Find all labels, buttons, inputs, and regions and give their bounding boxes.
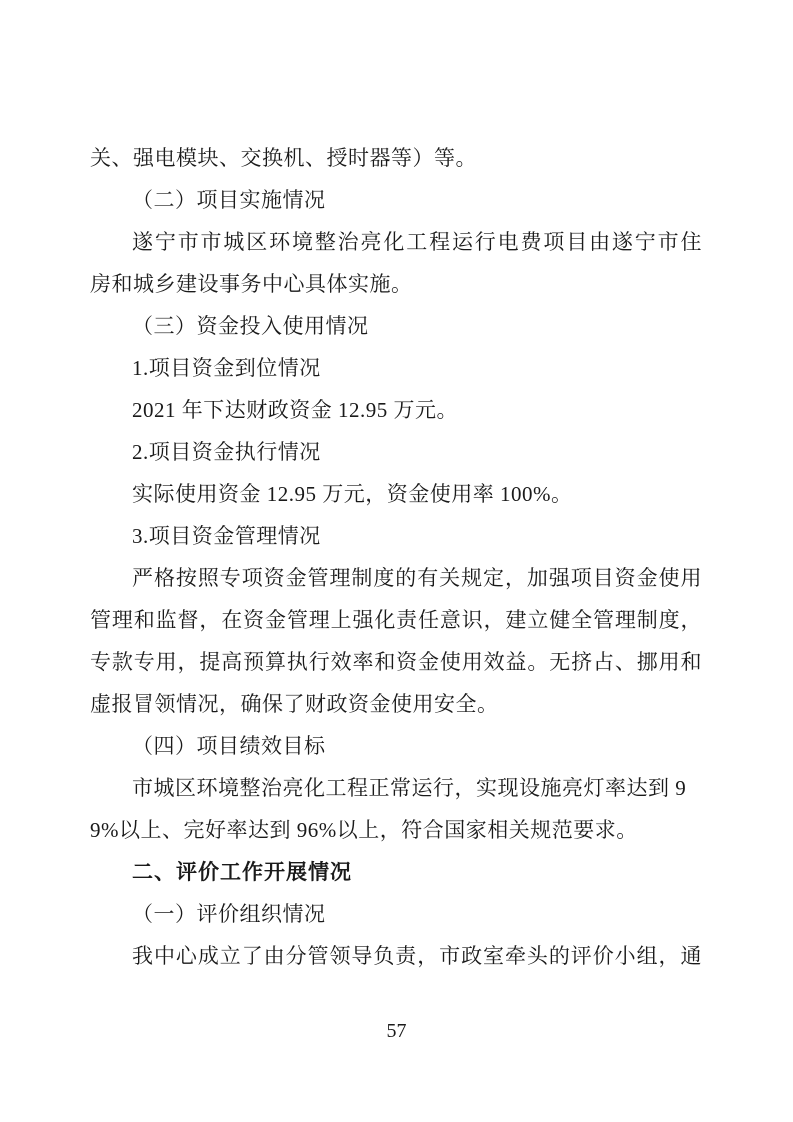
text-line: 实际使用资金 12.95 万元，资金使用率 100%。 (90, 473, 702, 515)
text-line: 专款专用，提高预算执行效率和资金使用效益。无挤占、挪用和 (90, 641, 702, 683)
text-line: 2.项目资金执行情况 (90, 431, 702, 473)
text-line: 关、强电模块、交换机、授时器等）等。 (90, 137, 702, 179)
text-line: 9%以上、完好率达到 96%以上，符合国家相关规范要求。 (90, 809, 702, 851)
text-line: 我中心成立了由分管领导负责，市政室牵头的评价小组，通 (90, 935, 702, 977)
text-line: 房和城乡建设事务中心具体实施。 (90, 263, 702, 305)
text-line: 虚报冒领情况，确保了财政资金使用安全。 (90, 683, 702, 725)
text-line: 二、评价工作开展情况 (90, 851, 702, 893)
document-body: 关、强电模块、交换机、授时器等）等。（二）项目实施情况遂宁市市城区环境整治亮化工… (90, 137, 702, 977)
text-line: 管理和监督，在资金管理上强化责任意识，建立健全管理制度， (90, 599, 702, 641)
text-line: 严格按照专项资金管理制度的有关规定，加强项目资金使用 (90, 557, 702, 599)
text-line: 3.项目资金管理情况 (90, 515, 702, 557)
text-line: （三）资金投入使用情况 (90, 305, 702, 347)
page-number: 57 (0, 1016, 793, 1046)
text-line: （一）评价组织情况 (90, 893, 702, 935)
text-line: （四）项目绩效目标 (90, 725, 702, 767)
text-line: 市城区环境整治亮化工程正常运行，实现设施亮灯率达到 9 (90, 767, 702, 809)
text-line: （二）项目实施情况 (90, 179, 702, 221)
text-line: 遂宁市市城区环境整治亮化工程运行电费项目由遂宁市住 (90, 221, 702, 263)
document-page: 关、强电模块、交换机、授时器等）等。（二）项目实施情况遂宁市市城区环境整治亮化工… (0, 0, 793, 1122)
text-line: 2021 年下达财政资金 12.95 万元。 (90, 389, 702, 431)
text-line: 1.项目资金到位情况 (90, 347, 702, 389)
